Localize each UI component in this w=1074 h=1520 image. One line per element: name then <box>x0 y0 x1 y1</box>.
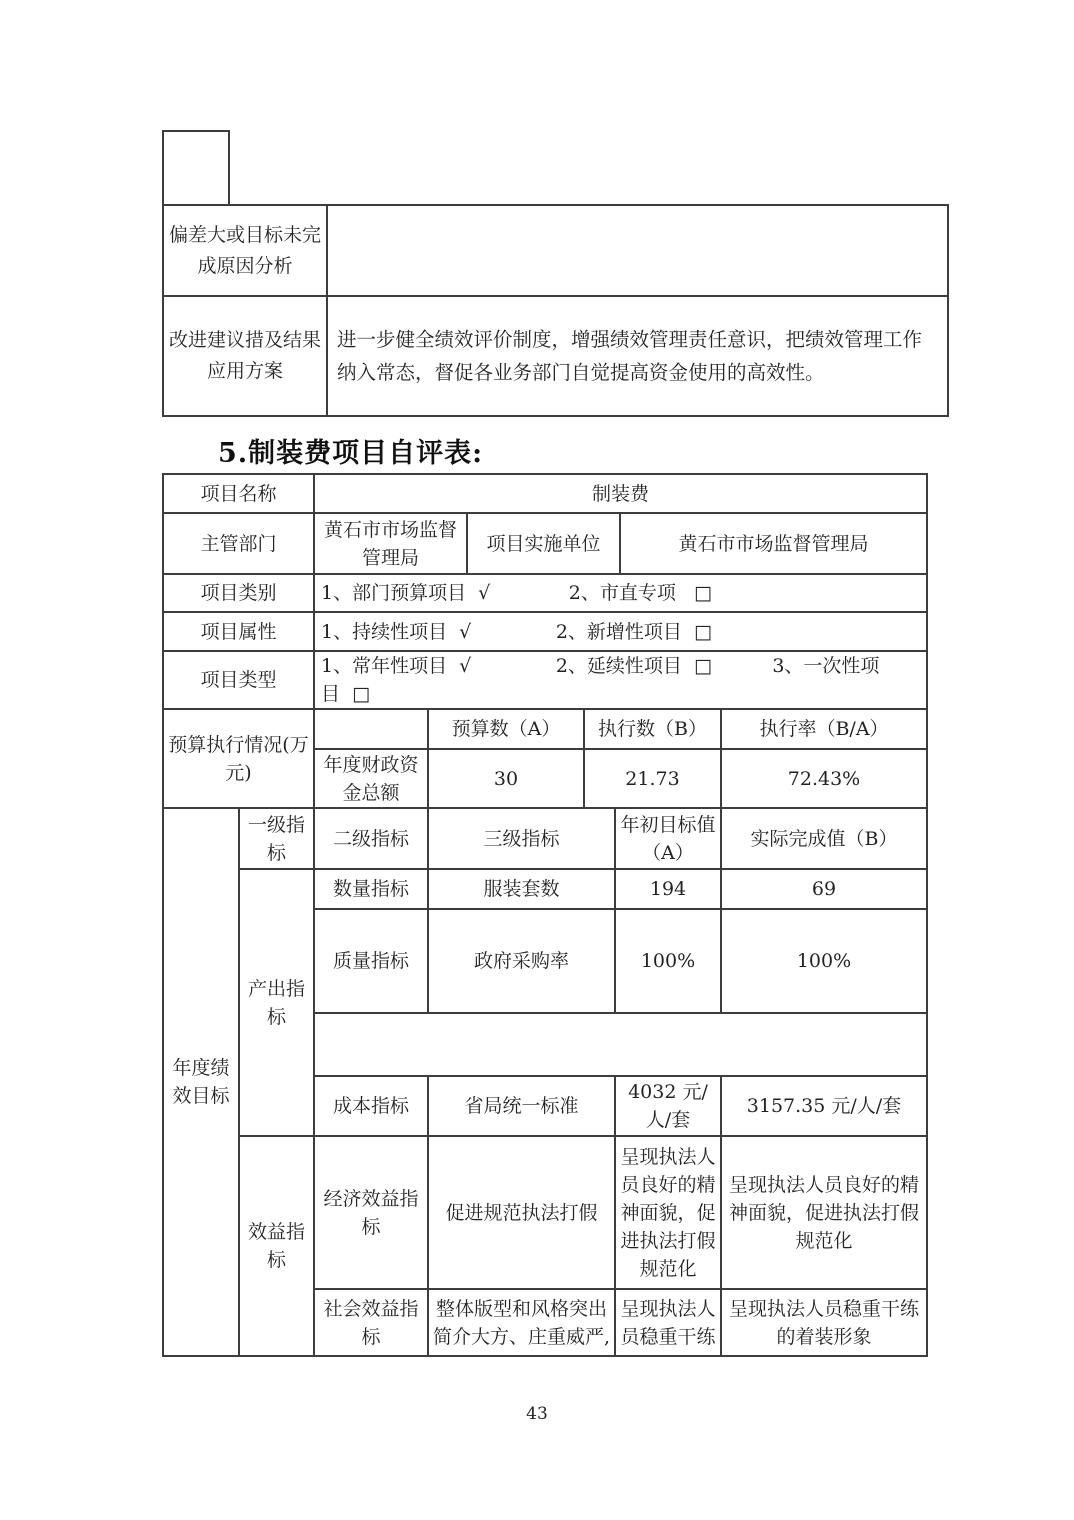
category-options: 1、部门预算项目 √ 2、市直专项 □ <box>313 573 928 611</box>
ind-header-target: 年初目标值（A） <box>614 807 720 868</box>
improvement-content: 进一步健全绩效评价制度，增强绩效管理责任意识，把绩效管理工作纳入常态，督促各业务… <box>326 295 949 417</box>
impl-unit-label: 项目实施单位 <box>466 512 619 573</box>
annual-goal-label: 年度绩效目标 <box>162 807 238 1357</box>
social-level3: 整体版型和风格突出简介大方、庄重威严, <box>427 1288 614 1357</box>
quality-label: 质量指标 <box>313 908 427 1012</box>
quality-level3: 政府采购率 <box>427 908 614 1012</box>
empty-indicator-row <box>313 1012 928 1075</box>
budget-header-b: 执行数（B） <box>583 708 720 748</box>
budget-empty-cell <box>313 708 427 748</box>
social-target: 呈现执法人员稳重干练 <box>614 1288 720 1357</box>
improvement-label: 改进建议措及结果应用方案 <box>162 295 326 417</box>
cost-target: 4032 元/人/套 <box>614 1075 720 1135</box>
category-label: 项目类别 <box>162 573 313 611</box>
quality-actual: 100% <box>720 908 928 1012</box>
cost-actual: 3157.35 元/人/套 <box>720 1075 928 1135</box>
dept-value: 黄石市市场监督管理局 <box>313 512 466 573</box>
attribute-options: 1、持续性项目 √ 2、新增性项目 □ <box>313 611 928 650</box>
type-options-line2: 目 □ <box>321 680 370 708</box>
cost-level3: 省局统一标准 <box>427 1075 614 1135</box>
budget-header-rate: 执行率（B/A） <box>720 708 928 748</box>
deviation-content <box>326 204 949 295</box>
annual-fund-label: 年度财政资金总额 <box>313 748 427 807</box>
economic-label: 经济效益指标 <box>313 1135 427 1288</box>
economic-target: 呈现执法人员良好的精神面貌，促进执法打假规范化 <box>614 1135 720 1288</box>
ind-header-actual: 实际完成值（B） <box>720 807 928 868</box>
document-page: 偏差大或目标未完成原因分析 改进建议措及结果应用方案 进一步健全绩效评价制度，增… <box>0 0 1074 1520</box>
section-heading: 5.制装费项目自评表: <box>218 431 483 470</box>
economic-level3: 促进规范执法打假 <box>427 1135 614 1288</box>
exec-value: 21.73 <box>583 748 720 807</box>
project-name-label: 项目名称 <box>162 473 313 512</box>
quantity-actual: 69 <box>720 868 928 908</box>
page-number: 43 <box>0 1404 1074 1424</box>
social-label: 社会效益指标 <box>313 1288 427 1357</box>
budget-header-a: 预算数（A） <box>427 708 583 748</box>
empty-corner-box <box>162 130 230 204</box>
type-label: 项目类型 <box>162 650 313 708</box>
social-actual: 呈现执法人员稳重干练的着装形象 <box>720 1288 928 1357</box>
type-options-line1: 1、常年性项目 √ 2、延续性项目 □ 3、一次性项 <box>321 652 879 680</box>
ind-header-level3: 三级指标 <box>427 807 614 868</box>
type-options: 1、常年性项目 √ 2、延续性项目 □ 3、一次性项 目 □ <box>313 650 928 708</box>
ind-header-level2: 二级指标 <box>313 807 427 868</box>
group-benefit-label: 效益指标 <box>238 1135 313 1357</box>
dept-label: 主管部门 <box>162 512 313 573</box>
quality-target: 100% <box>614 908 720 1012</box>
improvement-text: 进一步健全绩效评价制度，增强绩效管理责任意识，把绩效管理工作纳入常态，督促各业务… <box>331 323 944 389</box>
project-name-value: 制装费 <box>313 473 928 512</box>
attribute-label: 项目属性 <box>162 611 313 650</box>
cost-label: 成本指标 <box>313 1075 427 1135</box>
budget-value: 30 <box>427 748 583 807</box>
budget-exec-label: 预算执行情况(万元) <box>162 708 313 807</box>
economic-actual: 呈现执法人员良好的精神面貌，促进执法打假规范化 <box>720 1135 928 1288</box>
impl-unit-value: 黄石市市场监督管理局 <box>619 512 928 573</box>
quantity-level3: 服装套数 <box>427 868 614 908</box>
deviation-label: 偏差大或目标未完成原因分析 <box>162 204 326 295</box>
rate-value: 72.43% <box>720 748 928 807</box>
ind-header-level1: 一级指标 <box>238 807 313 868</box>
group-output-label: 产出指标 <box>238 868 313 1135</box>
quantity-target: 194 <box>614 868 720 908</box>
quantity-label: 数量指标 <box>313 868 427 908</box>
